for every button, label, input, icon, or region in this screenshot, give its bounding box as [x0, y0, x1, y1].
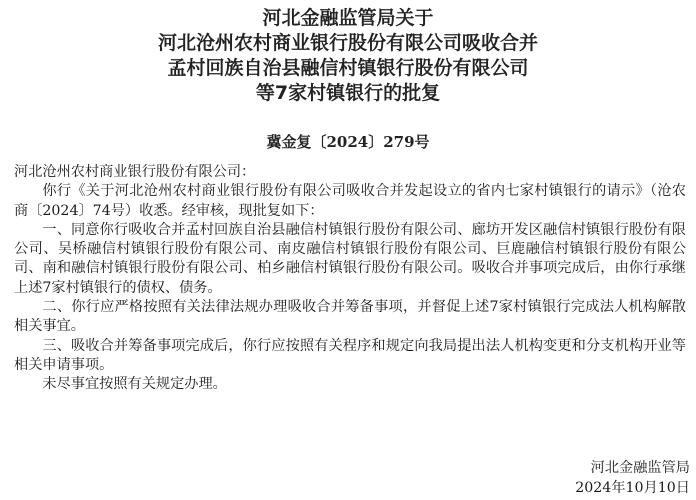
- paragraph-intro: 你行《关于河北沧州农村商业银行股份有限公司吸收合并发起设立的省内七家村镇银行的请…: [14, 182, 686, 221]
- document-title: 河北金融监管局关于 河北沧州农村商业银行股份有限公司吸收合并 孟村回族自治县融信…: [0, 6, 696, 106]
- issue-date: 2024年10月10日: [575, 478, 690, 498]
- title-line-3: 孟村回族自治县融信村镇银行股份有限公司: [0, 56, 696, 81]
- title-line-1: 河北金融监管局关于: [0, 6, 696, 31]
- issuer-name: 河北金融监管局: [575, 458, 690, 478]
- paragraph-item-2: 二、你行应严格按照有关法律法规办理吸收合并筹备事项，并督促上述7家村镇银行完成法…: [14, 298, 686, 337]
- document-body: 河北沧州农村商业银行股份有限公司： 你行《关于河北沧州农村商业银行股份有限公司吸…: [14, 163, 686, 395]
- paragraph-item-3: 三、吸收合并筹备事项完成后，你行应按照有关程序和规定向我局提出法人机构变更和分支…: [14, 337, 686, 376]
- paragraph-item-1: 一、同意你行吸收合并孟村回族自治县融信村镇银行股份有限公司、廊坊开发区融信村镇银…: [14, 221, 686, 298]
- document-number: 冀金复〔2024〕279号: [0, 132, 696, 152]
- signature-block: 河北金融监管局 2024年10月10日: [575, 458, 690, 498]
- addressee: 河北沧州农村商业银行股份有限公司：: [14, 163, 686, 182]
- title-line-4: 等7家村镇银行的批复: [0, 81, 696, 106]
- title-line-2: 河北沧州农村商业银行股份有限公司吸收合并: [0, 31, 696, 56]
- paragraph-closing: 未尽事宜按照有关规定办理。: [14, 375, 686, 394]
